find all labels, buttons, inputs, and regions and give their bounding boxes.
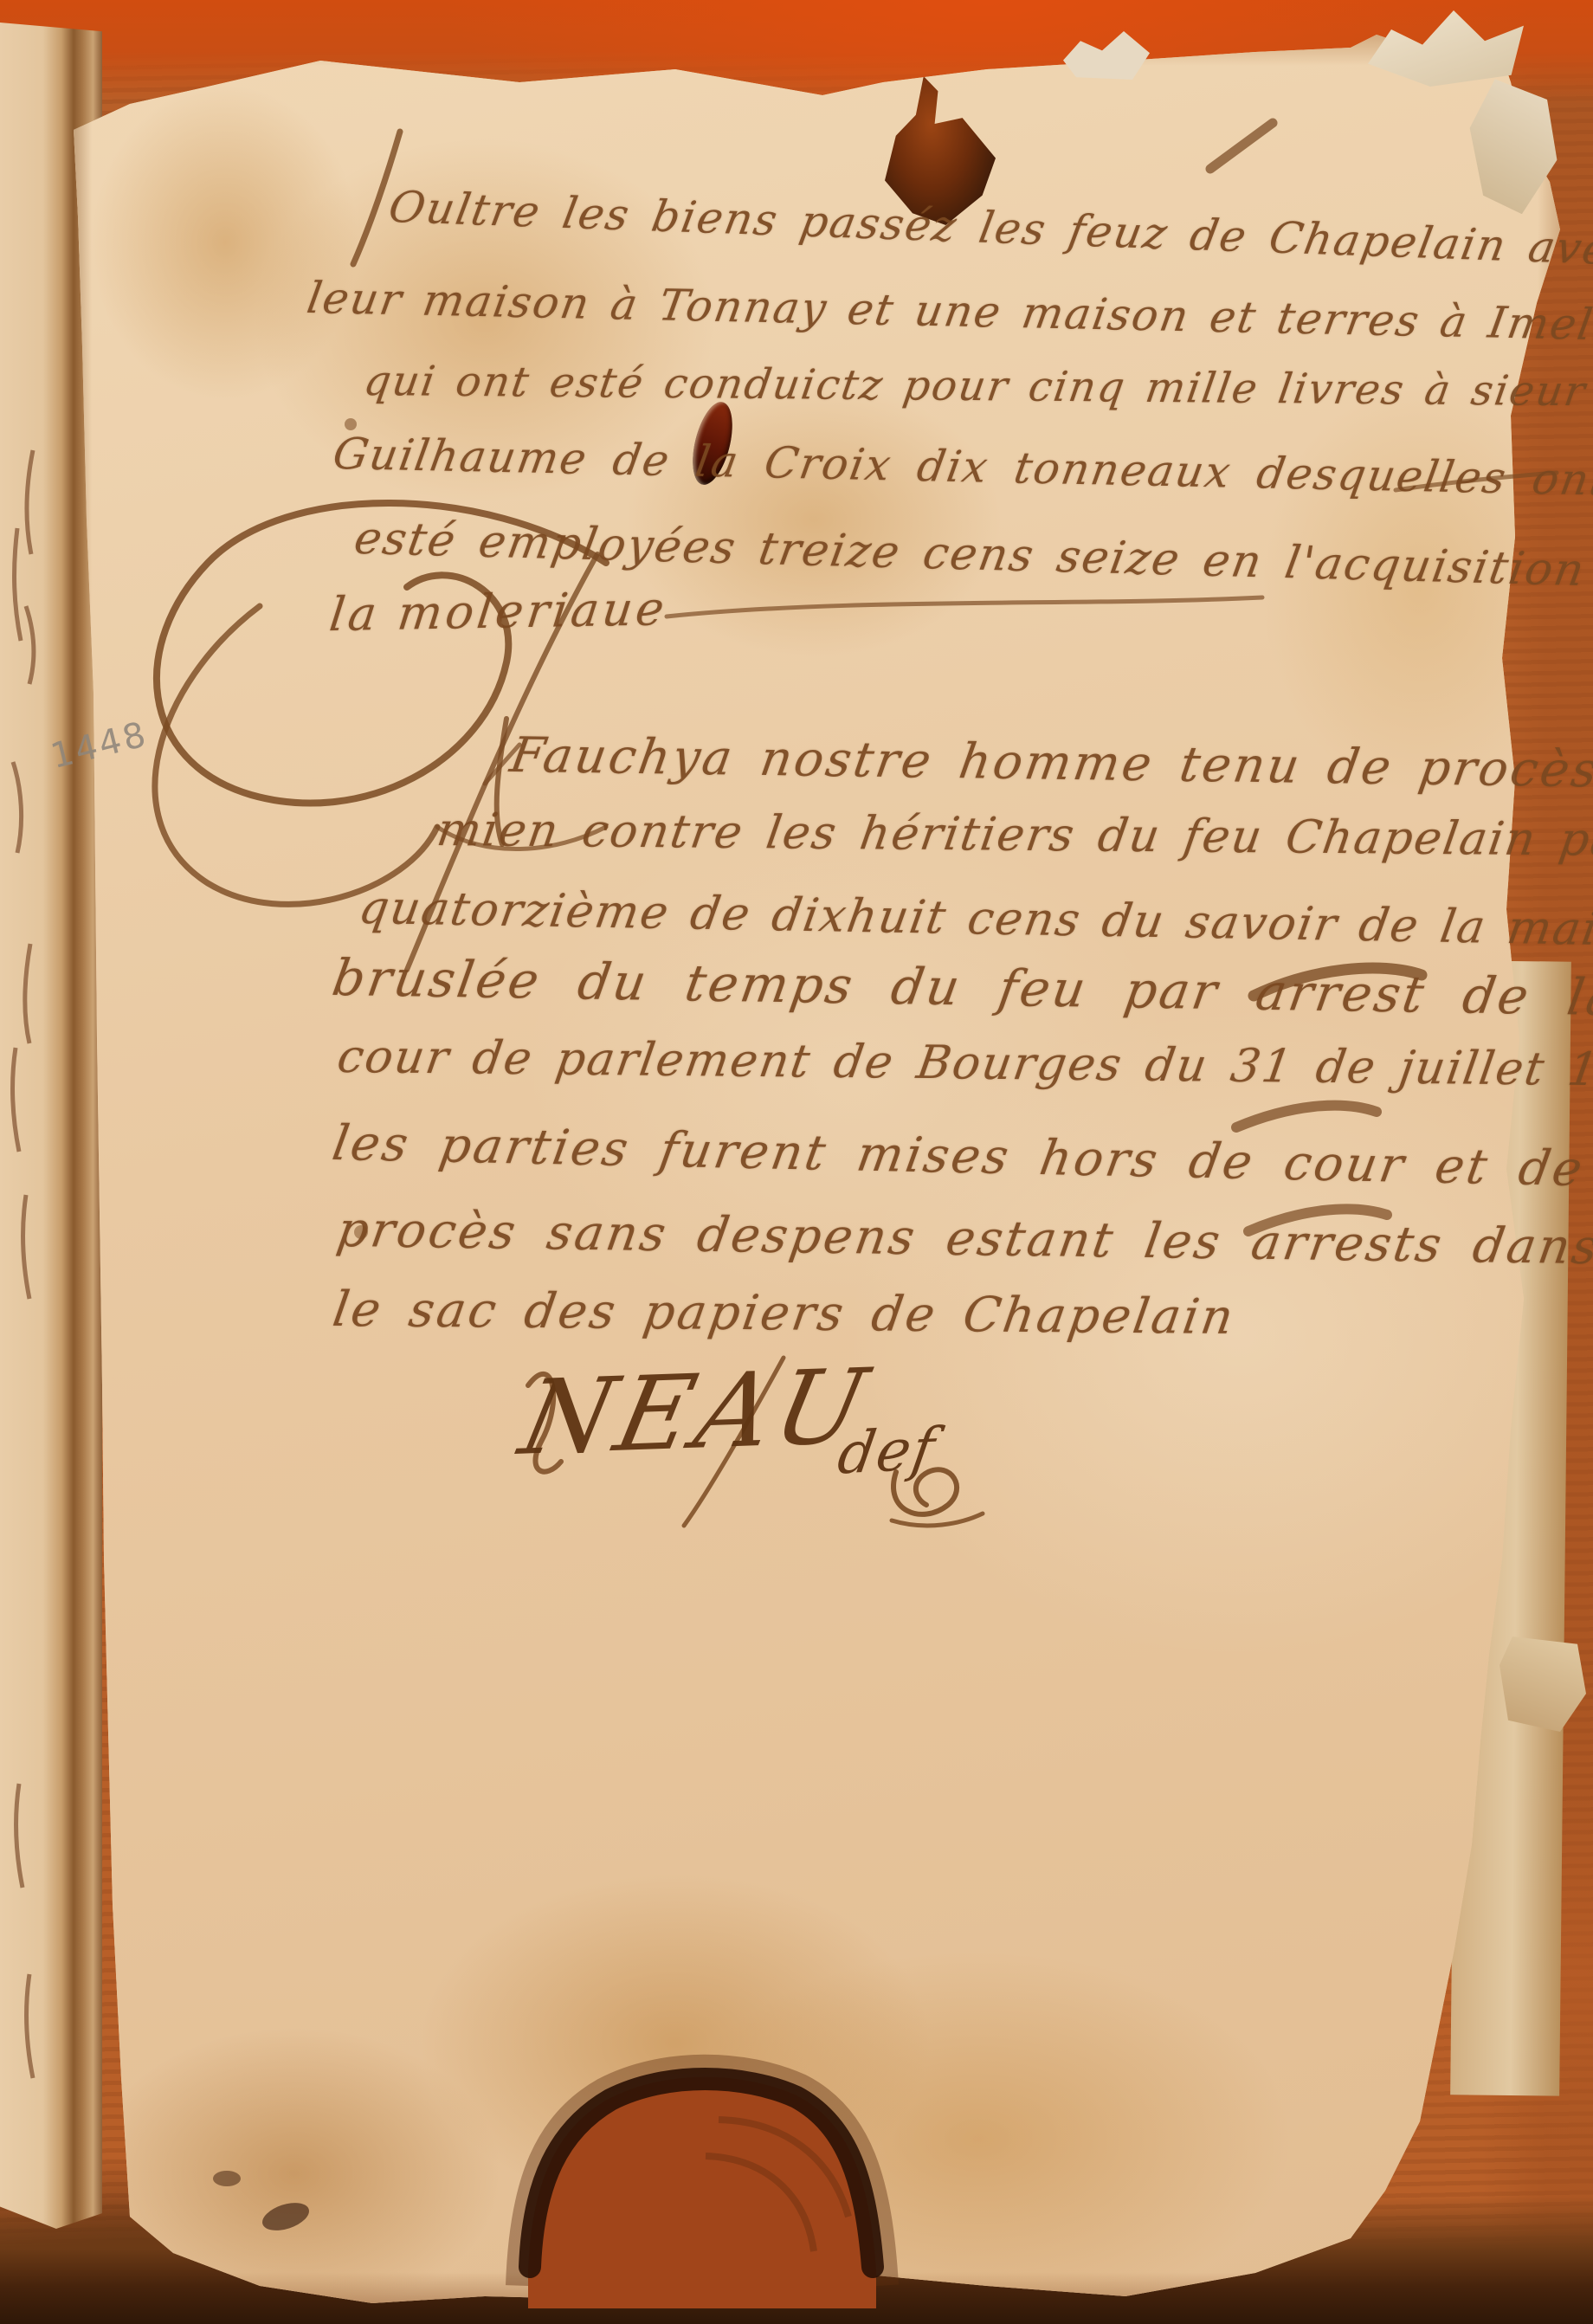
manuscript-line: mien contre les héritiers du feu Chapela… [434, 804, 1593, 867]
signature-paraph: NEAU [511, 1346, 880, 1478]
signature-suffix: def [834, 1415, 941, 1488]
manuscript-line: le sac des papiers de Chapelain [329, 1281, 1239, 1346]
manuscript-photo: Oultre les biens passéz les feuz de Chap… [0, 0, 1593, 2324]
manuscript-line: la moleriaue [326, 581, 670, 642]
